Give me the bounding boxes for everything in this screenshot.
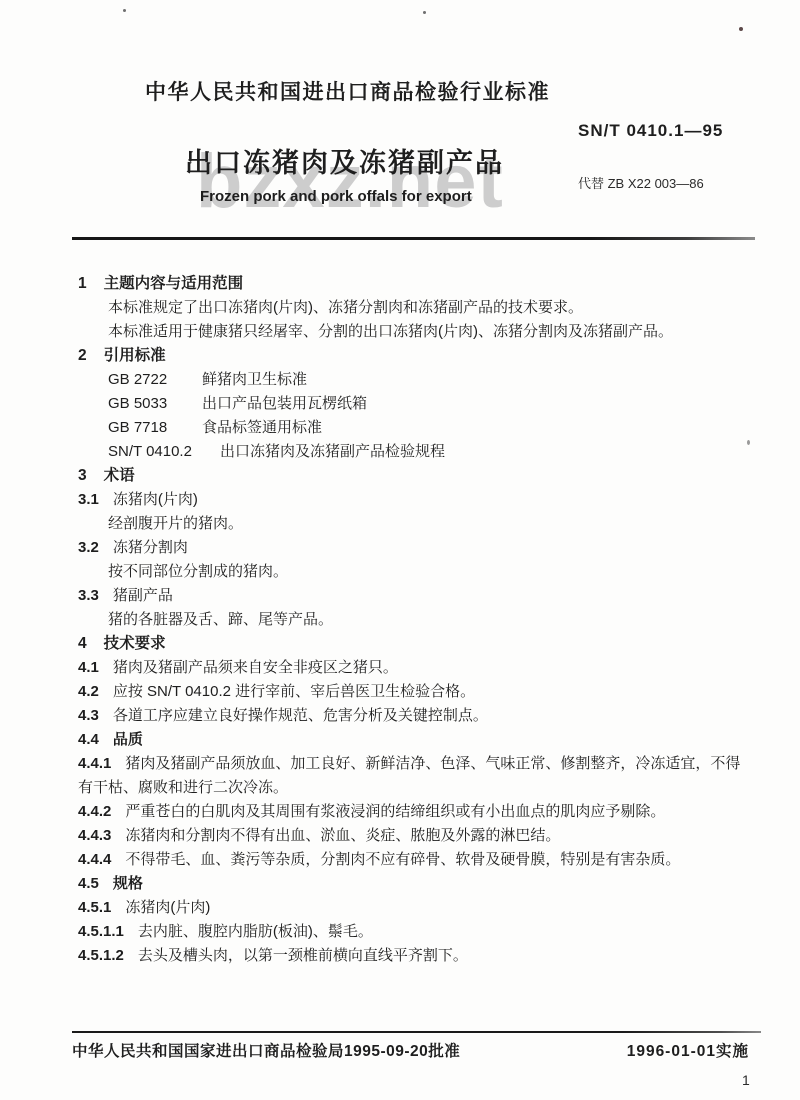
document-title-cn: 出口冻猪肉及冻猪副产品	[185, 141, 504, 180]
clause-text: 去内脏、腹腔内脂肪(板油)、鬃毛。	[138, 923, 373, 940]
term-label: 冻猪分割肉	[113, 539, 188, 556]
clause-text: 冻猪肉和分割肉不得有出血、淤血、炎症、脓胞及外露的淋巴结。	[125, 827, 560, 844]
clause-number: 4.5.1.1	[78, 923, 124, 940]
document-page: bzxz.net 中华人民共和国进出口商品检验行业标准 SN/T 0410.1—…	[0, 0, 800, 1100]
reference-code: SN/T 0410.2	[108, 440, 204, 464]
clause-4-5-1: 4.5.1冻猪肉(片肉)	[78, 896, 755, 920]
term-heading: 3.2冻猪分割肉	[78, 536, 755, 560]
term-label: 冻猪肉(片肉)	[113, 491, 198, 508]
clause-4-4: 4.4品质	[78, 728, 755, 752]
approval-line: 中华人民共和国国家进出口商品检验局1995-09-20批准	[72, 1039, 460, 1061]
clause-number: 4.4.2	[78, 803, 111, 820]
footer-divider	[72, 1031, 761, 1033]
section-number: 1	[78, 272, 87, 296]
clause-number: 4.4.4	[78, 851, 111, 868]
section-title: 引用标准	[104, 347, 166, 364]
reference-code: GB 7718	[108, 416, 186, 440]
scope-paragraph: 本标准规定了出口冻猪肉(片肉)、冻猪分割肉和冻猪副产品的技术要求。	[78, 296, 755, 320]
clause-text: 猪肉及猪副产品须来自安全非疫区之猪只。	[113, 659, 398, 676]
clause-number: 4.3	[78, 707, 99, 724]
document-title-en: Frozen pork and pork offals for export	[200, 188, 472, 205]
clause-number: 4.1	[78, 659, 99, 676]
clause-number: 4.5	[78, 875, 99, 892]
clause-number: 4.4.1	[78, 755, 111, 772]
clause-4-3: 4.3各道工序应建立良好操作规范、危害分析及关键控制点。	[78, 704, 755, 728]
section-title: 术语	[104, 467, 135, 484]
clause-number: 4.5.1.2	[78, 947, 124, 964]
clause-4-1: 4.1猪肉及猪副产品须来自安全非疫区之猪只。	[78, 656, 755, 680]
clause-number: 4.4	[78, 731, 99, 748]
page-number: 1	[742, 1072, 750, 1088]
reference-code: GB 2722	[108, 368, 186, 392]
term-definition: 猪的各脏器及舌、蹄、尾等产品。	[78, 608, 755, 632]
term-label: 猪副产品	[113, 587, 173, 604]
section-title: 主题内容与适用范围	[104, 275, 244, 292]
standard-authority-line: 中华人民共和国进出口商品检验行业标准	[145, 76, 550, 106]
clause-text: 去头及槽头肉，以第一颈椎前横向直线平齐割下。	[138, 947, 468, 964]
clause-number: 4.4.3	[78, 827, 111, 844]
clause-4-4-3: 4.4.3冻猪肉和分割肉不得有出血、淤血、炎症、脓胞及外露的淋巴结。	[78, 824, 755, 848]
clause-4-2: 4.2应按 SN/T 0410.2 进行宰前、宰后兽医卫生检验合格。	[78, 680, 755, 704]
clause-4-5-1-1: 4.5.1.1去内脏、腹腔内脂肪(板油)、鬃毛。	[78, 920, 755, 944]
term-heading: 3.1冻猪肉(片肉)	[78, 488, 755, 512]
reference-item: GB 5033出口产品包装用瓦楞纸箱	[78, 392, 755, 416]
clause-number: 3.3	[78, 587, 99, 604]
reference-item: GB 2722鲜猪肉卫生标准	[78, 368, 755, 392]
section-number: 3	[78, 464, 87, 488]
reference-item: SN/T 0410.2出口冻猪肉及冻猪副产品检验规程	[78, 440, 755, 464]
section-title: 技术要求	[104, 635, 166, 652]
term-definition: 经剖腹开片的猪肉。	[78, 512, 755, 536]
clause-text: 各道工序应建立良好操作规范、危害分析及关键控制点。	[113, 707, 488, 724]
scan-speck	[739, 27, 743, 31]
clause-number: 4.5.1	[78, 899, 111, 916]
clause-number: 3.2	[78, 539, 99, 556]
reference-code: GB 5033	[108, 392, 186, 416]
clause-4-4-4: 4.4.4不得带毛、血、粪污等杂质，分割肉不应有碎骨、软骨及硬骨膜，特别是有害杂…	[78, 848, 755, 872]
section-2-heading: 2引用标准	[78, 344, 755, 368]
scan-speck	[423, 11, 426, 14]
clause-text: 品质	[113, 731, 143, 748]
clause-4-4-1: 4.4.1猪肉及猪副产品须放血、加工良好、新鲜洁净、色泽、气味正常、修割整齐，冷…	[78, 752, 755, 800]
reference-name: 食品标签通用标准	[202, 419, 322, 436]
clause-text: 冻猪肉(片肉)	[125, 899, 210, 916]
term-definition: 按不同部位分割成的猪肉。	[78, 560, 755, 584]
section-4-heading: 4技术要求	[78, 632, 755, 656]
standard-number: SN/T 0410.1—95	[578, 121, 723, 141]
header-divider	[72, 237, 755, 240]
section-number: 4	[78, 632, 87, 656]
implementation-date: 1996-01-01实施	[627, 1039, 749, 1061]
section-3-heading: 3术语	[78, 464, 755, 488]
clause-text: 严重苍白的白肌肉及其周围有浆液浸润的结缔组织或有小出血点的肌肉应予剔除。	[125, 803, 665, 820]
clause-number: 4.2	[78, 683, 99, 700]
reference-name: 出口冻猪肉及冻猪副产品检验规程	[220, 443, 445, 460]
reference-name: 鲜猪肉卫生标准	[202, 371, 307, 388]
replaces-note: 代替 ZB X22 003—86	[578, 173, 704, 192]
scope-paragraph: 本标准适用于健康猪只经屠宰、分割的出口冻猪肉(片肉)、冻猪分割肉及冻猪副产品。	[78, 320, 755, 344]
term-heading: 3.3猪副产品	[78, 584, 755, 608]
clause-text: 猪肉及猪副产品须放血、加工良好、新鲜洁净、色泽、气味正常、修割整齐，冷冻适宜，不…	[78, 755, 740, 796]
scan-speck	[123, 9, 126, 12]
document-body: 1主题内容与适用范围 本标准规定了出口冻猪肉(片肉)、冻猪分割肉和冻猪副产品的技…	[78, 272, 755, 968]
clause-number: 3.1	[78, 491, 99, 508]
clause-4-4-2: 4.4.2严重苍白的白肌肉及其周围有浆液浸润的结缔组织或有小出血点的肌肉应予剔除…	[78, 800, 755, 824]
clause-4-5: 4.5规格	[78, 872, 755, 896]
clause-text: 不得带毛、血、粪污等杂质，分割肉不应有碎骨、软骨及硬骨膜，特别是有害杂质。	[125, 851, 680, 868]
section-number: 2	[78, 344, 87, 368]
clause-text: 应按 SN/T 0410.2 进行宰前、宰后兽医卫生检验合格。	[113, 683, 475, 700]
reference-name: 出口产品包装用瓦楞纸箱	[202, 395, 367, 412]
section-1-heading: 1主题内容与适用范围	[78, 272, 755, 296]
clause-text: 规格	[113, 875, 143, 892]
reference-item: GB 7718食品标签通用标准	[78, 416, 755, 440]
clause-4-5-1-2: 4.5.1.2去头及槽头肉，以第一颈椎前横向直线平齐割下。	[78, 944, 755, 968]
